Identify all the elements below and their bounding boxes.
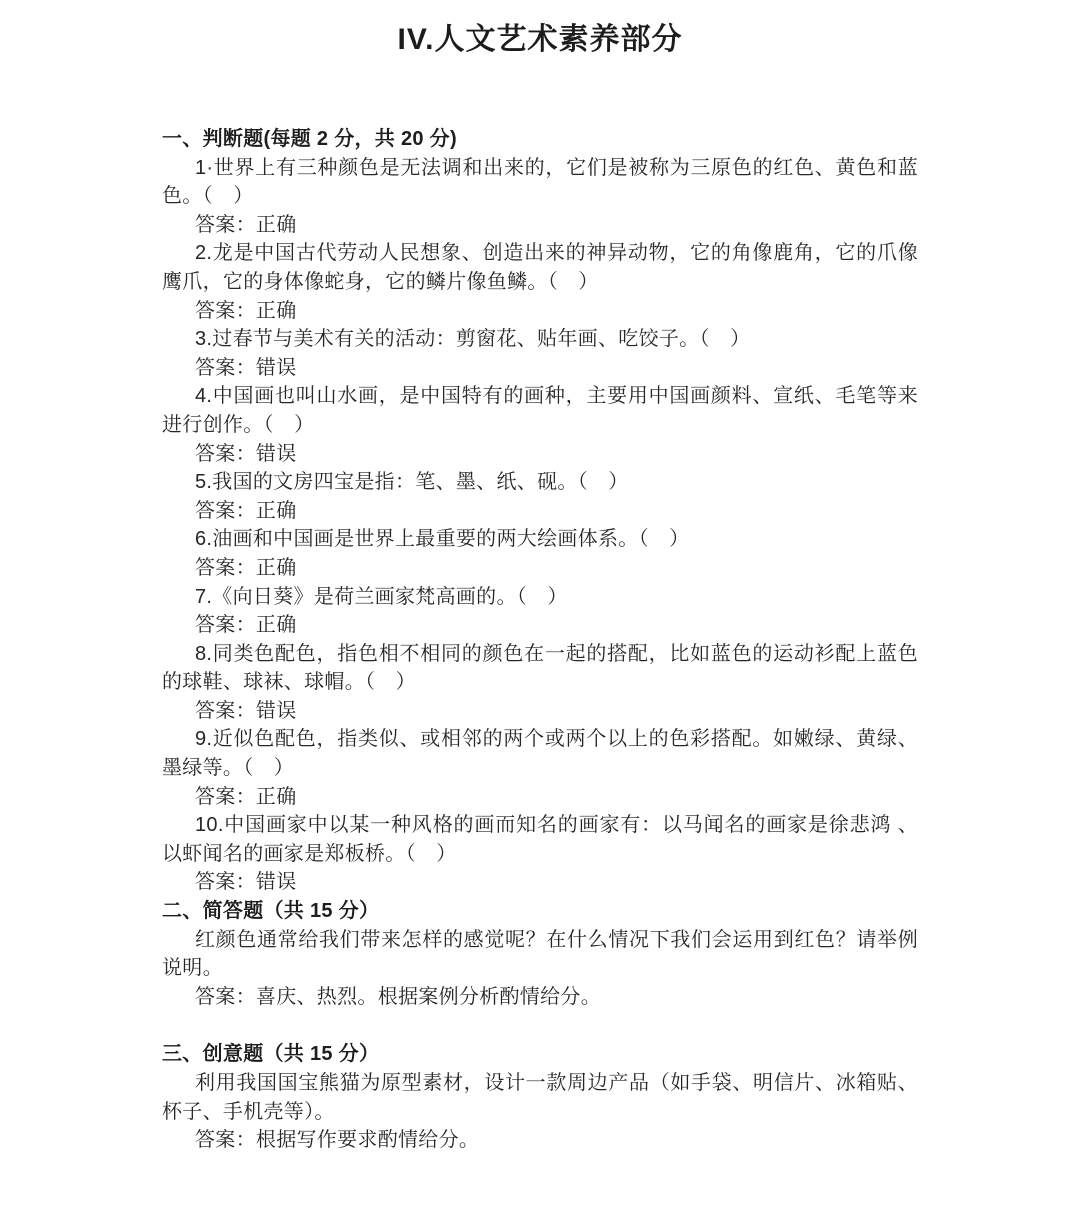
question-3: 3.过春节与美术有关的活动：剪窗花、贴年画、吃饺子。（ ）: [162, 325, 918, 354]
question-10: 10.中国画家中以某一种风格的画而知名的画家有：以马闻名的画家是徐悲鸿 、以虾闻…: [162, 811, 918, 868]
question-7: 7.《向日葵》是荷兰画家梵高画的。（ ）: [162, 583, 918, 612]
section-2-heading: 二、简答题（共 15 分）: [162, 897, 918, 926]
section-2-question: 红颜色通常给我们带来怎样的感觉呢？在什么情况下我们会运用到红色？请举例说明。: [162, 926, 918, 983]
question-2: 2.龙是中国古代劳动人民想象、创造出来的神异动物，它的角像鹿角，它的爪像鹰爪，它…: [162, 239, 918, 296]
section-3-answer: 答案：根据写作要求酌情给分。: [162, 1126, 918, 1155]
question-4: 4.中国画也叫山水画，是中国特有的画种，主要用中国画颜料、宣纸、毛笔等来进行创作…: [162, 382, 918, 439]
answer-6: 答案：正确: [162, 554, 918, 583]
section-3-heading: 三、创意题（共 15 分）: [162, 1040, 918, 1069]
answer-7: 答案：正确: [162, 611, 918, 640]
question-5: 5.我国的文房四宝是指：笔、墨、纸、砚。（ ）: [162, 468, 918, 497]
answer-10: 答案：错误: [162, 868, 918, 897]
answer-8: 答案：错误: [162, 697, 918, 726]
page-title: IV.人文艺术素养部分: [0, 0, 1080, 60]
answer-5: 答案：正确: [162, 497, 918, 526]
question-6: 6.油画和中国画是世界上最重要的两大绘画体系。（ ）: [162, 525, 918, 554]
document-body: 一、判断题(每题 2 分，共 20 分) 1·世界上有三种颜色是无法调和出来的，…: [162, 125, 918, 1155]
section-2-answer: 答案：喜庆、热烈。根据案例分析酌情给分。: [162, 983, 918, 1012]
question-1: 1·世界上有三种颜色是无法调和出来的，它们是被称为三原色的红色、黄色和蓝色。（ …: [162, 154, 918, 211]
answer-3: 答案：错误: [162, 354, 918, 383]
section-1-heading: 一、判断题(每题 2 分，共 20 分): [162, 125, 918, 154]
answer-2: 答案：正确: [162, 297, 918, 326]
answer-9: 答案：正确: [162, 783, 918, 812]
question-9: 9.近似色配色，指类似、或相邻的两个或两个以上的色彩搭配。如嫩绿、黄绿、墨绿等。…: [162, 725, 918, 782]
section-3-question: 利用我国国宝熊猫为原型素材，设计一款周边产品（如手袋、明信片、冰箱贴、杯子、手机…: [162, 1069, 918, 1126]
answer-1: 答案：正确: [162, 211, 918, 240]
answer-4: 答案：错误: [162, 440, 918, 469]
document-page: IV.人文艺术素养部分 一、判断题(每题 2 分，共 20 分) 1·世界上有三…: [0, 0, 1080, 1221]
question-8: 8.同类色配色，指色相不相同的颜色在一起的搭配，比如蓝色的运动衫配上蓝色的球鞋、…: [162, 640, 918, 697]
